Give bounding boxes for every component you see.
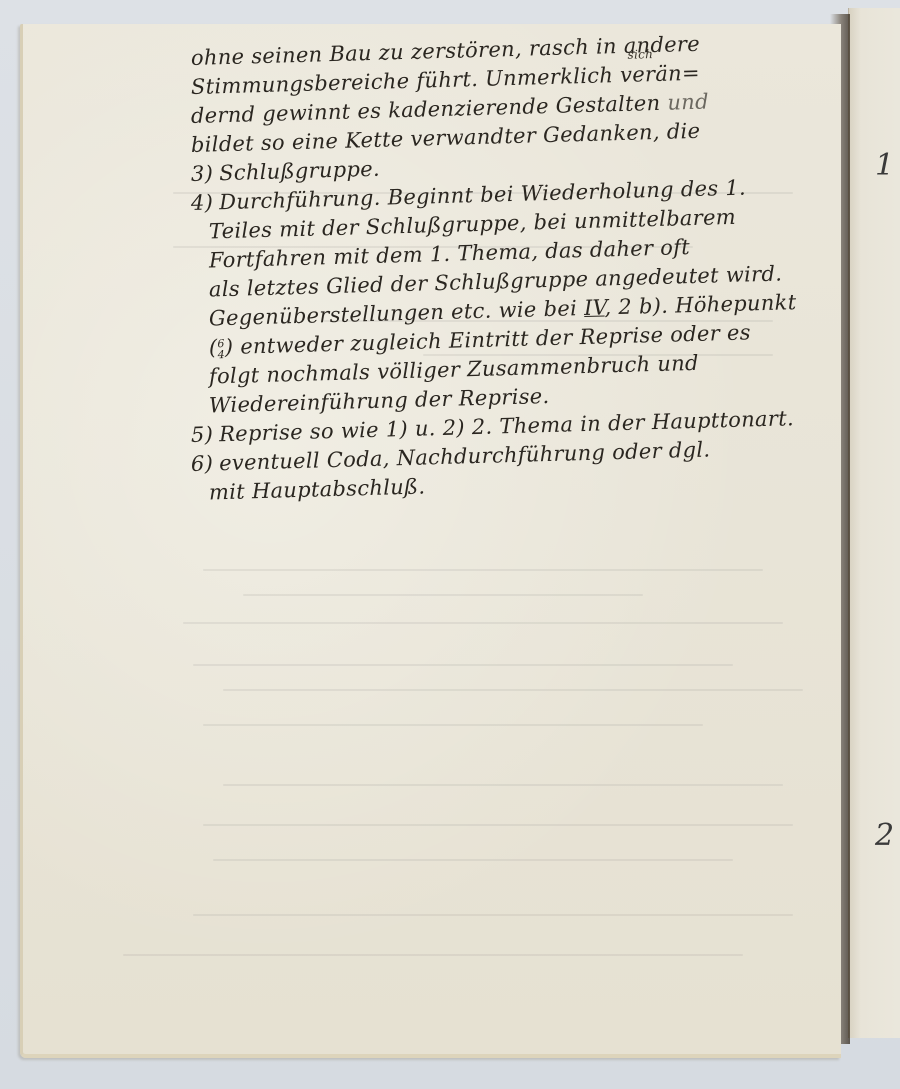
bleed-through bbox=[203, 569, 763, 571]
bleed-through bbox=[123, 954, 743, 956]
bleed-through bbox=[223, 689, 803, 691]
bleed-through bbox=[203, 724, 703, 726]
line-text: , 2 b). Höhepunkt bbox=[604, 290, 797, 319]
handwritten-text: ohne seinen Bau zu zerstören, rasch in a… bbox=[191, 44, 851, 508]
manuscript-page: ohne seinen Bau zu zerstören, rasch in a… bbox=[20, 24, 841, 1058]
bleed-through bbox=[193, 914, 793, 916]
fraction-bottom: 4 bbox=[218, 349, 226, 360]
faded-word: und bbox=[667, 90, 709, 115]
item-number: 4) bbox=[191, 188, 214, 218]
margin-mark-2: 2 bbox=[875, 818, 894, 853]
item-number: 6) bbox=[191, 449, 214, 479]
bleed-through bbox=[213, 859, 733, 861]
bleed-through bbox=[203, 824, 793, 826]
fraction-six-four: 64 bbox=[217, 338, 225, 360]
line-text: Schlußgruppe. bbox=[219, 157, 380, 185]
bleed-through bbox=[193, 664, 733, 666]
margin-mark-1: 1 bbox=[875, 148, 894, 183]
item-number: 5) bbox=[191, 420, 214, 450]
line-continuation: verän= bbox=[620, 61, 700, 87]
inserted-word-group: sich verän= bbox=[620, 61, 700, 87]
line-text: mit Hauptabschluß. bbox=[209, 474, 426, 504]
bleed-through bbox=[243, 594, 643, 596]
item-number: 3) bbox=[191, 159, 214, 189]
bleed-through bbox=[223, 784, 783, 786]
roman-numeral: IV bbox=[584, 295, 605, 320]
facing-page: 1 2 bbox=[848, 8, 900, 1038]
bleed-through bbox=[183, 622, 783, 624]
insertion-above: sich bbox=[627, 48, 653, 61]
